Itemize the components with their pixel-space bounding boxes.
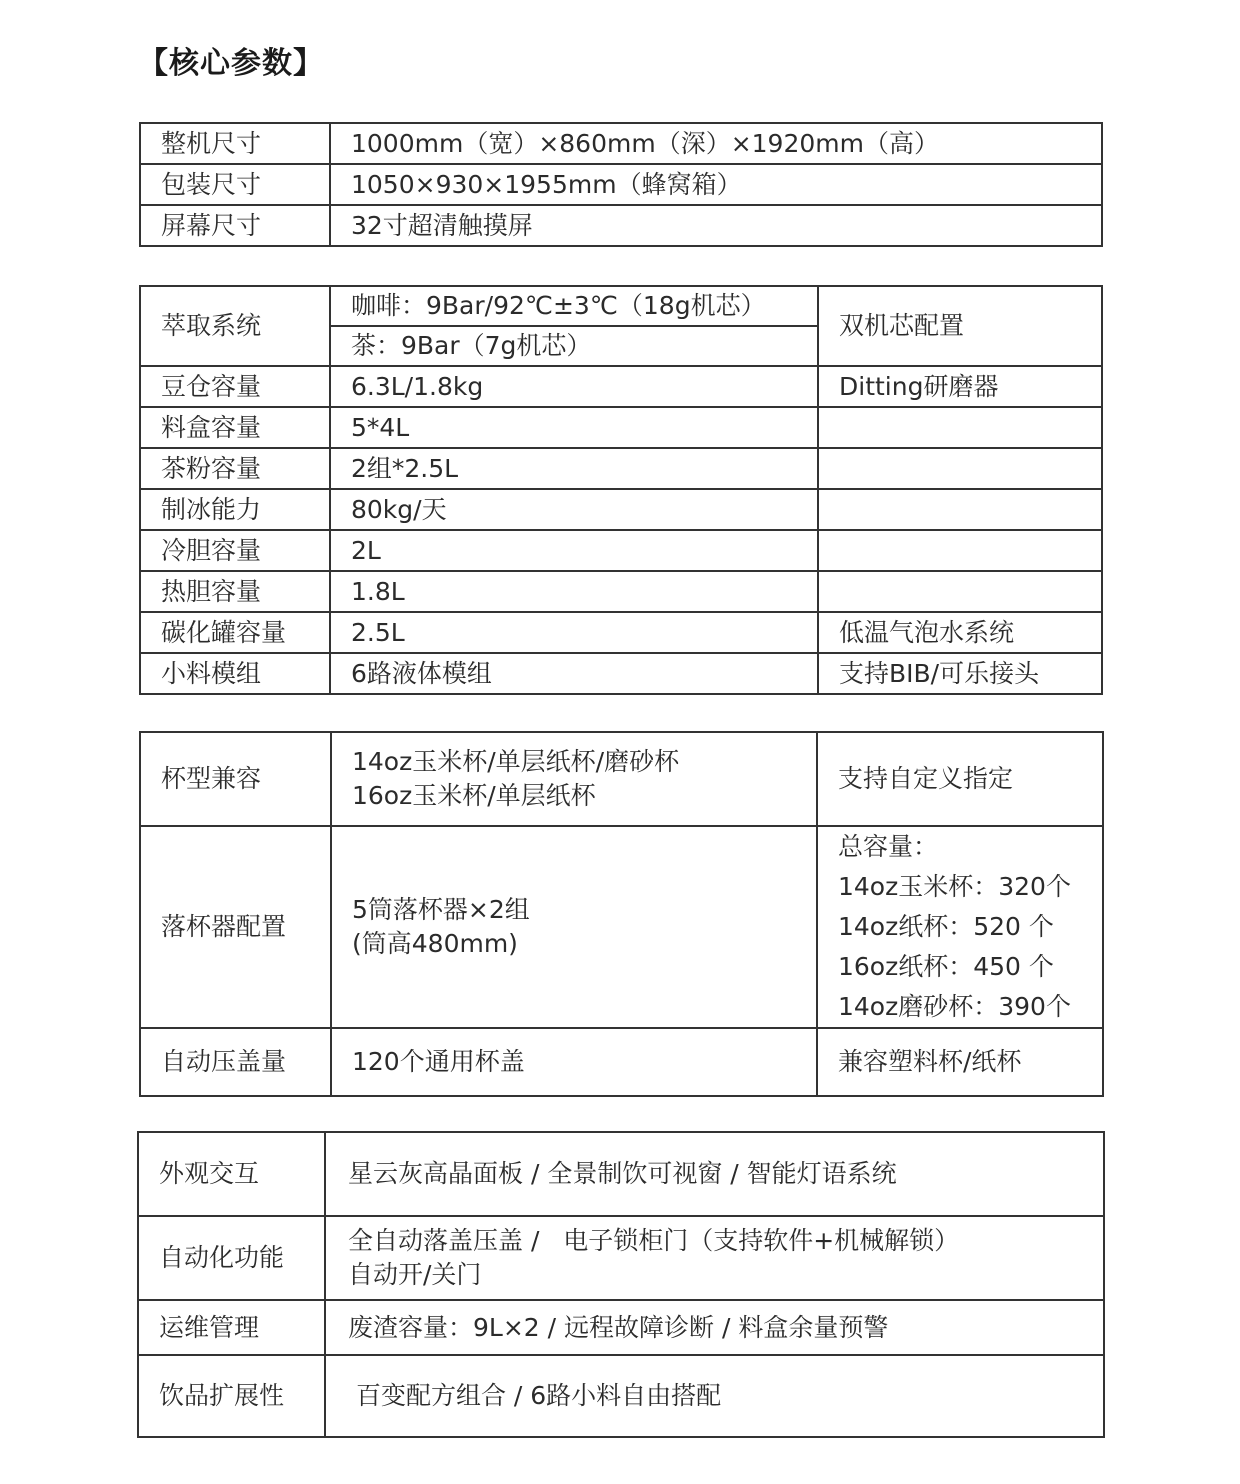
row-value: 2L	[330, 530, 818, 571]
table-row: 制冰能力 80kg/天	[140, 489, 1102, 530]
row-note	[818, 571, 1102, 612]
row-note: 支持自定义指定	[817, 732, 1103, 826]
table-row: 包装尺寸 1050×930×1955mm（蜂窝箱）	[140, 164, 1102, 205]
row-value-tea: 茶：9Bar（7g机芯）	[330, 326, 818, 366]
value-line: 星云灰高晶面板 / 全景制饮可视窗 / 智能灯语系统	[348, 1157, 1103, 1191]
row-label: 茶粉容量	[140, 448, 330, 489]
value-line: 5筒落杯器×2组	[352, 893, 816, 927]
row-value: 2组*2.5L	[330, 448, 818, 489]
row-value: 全自动落盖压盖 / 电子锁柜门（支持软件+机械解锁） 自动开/关门	[325, 1216, 1104, 1300]
row-note: 兼容塑料杯/纸杯	[817, 1028, 1103, 1096]
table-row: 冷胆容量 2L	[140, 530, 1102, 571]
note-line: 总容量：	[838, 827, 1102, 867]
row-label: 热胆容量	[140, 571, 330, 612]
row-label: 豆仓容量	[140, 366, 330, 407]
row-note	[818, 530, 1102, 571]
row-value: 80kg/天	[330, 489, 818, 530]
row-value: 14oz玉米杯/单层纸杯/磨砂杯 16oz玉米杯/单层纸杯	[331, 732, 817, 826]
value-line: 自动开/关门	[348, 1258, 1103, 1292]
note-line: 14oz磨砂杯：390个	[838, 987, 1102, 1027]
table-row: 小料模组 6路液体模组 支持BIB/可乐接头	[140, 653, 1102, 694]
row-value: 2.5L	[330, 612, 818, 653]
row-note: 支持BIB/可乐接头	[818, 653, 1102, 694]
row-value: 星云灰高晶面板 / 全景制饮可视窗 / 智能灯语系统	[325, 1132, 1104, 1216]
table-row: 饮品扩展性 百变配方组合 / 6路小料自由搭配	[138, 1355, 1104, 1437]
note-line: 16oz纸杯：450 个	[838, 947, 1102, 987]
row-note	[818, 448, 1102, 489]
row-value: 1050×930×1955mm（蜂窝箱）	[330, 164, 1102, 205]
row-note	[818, 489, 1102, 530]
row-value: 6路液体模组	[330, 653, 818, 694]
row-label: 碳化罐容量	[140, 612, 330, 653]
table-row: 碳化罐容量 2.5L 低温气泡水系统	[140, 612, 1102, 653]
row-value: 1000mm（宽）×860mm（深）×1920mm（高）	[330, 123, 1102, 164]
row-label: 运维管理	[138, 1300, 325, 1355]
table-row: 自动压盖量 120个通用杯盖 兼容塑料杯/纸杯	[140, 1028, 1103, 1096]
table-row: 屏幕尺寸 32寸超清触摸屏	[140, 205, 1102, 246]
row-label: 整机尺寸	[140, 123, 330, 164]
row-label: 料盒容量	[140, 407, 330, 448]
row-label: 屏幕尺寸	[140, 205, 330, 246]
row-label: 制冰能力	[140, 489, 330, 530]
table-row: 热胆容量 1.8L	[140, 571, 1102, 612]
value-line: 16oz玉米杯/单层纸杯	[352, 779, 816, 813]
page-title: 【核心参数】	[138, 38, 324, 82]
row-label: 饮品扩展性	[138, 1355, 325, 1437]
table-row: 茶粉容量 2组*2.5L	[140, 448, 1102, 489]
value-line: 14oz玉米杯/单层纸杯/磨砂杯	[352, 745, 816, 779]
table-row: 萃取系统 咖啡：9Bar/92℃±3℃（18g机芯） 双机芯配置	[140, 286, 1102, 326]
row-label: 自动压盖量	[140, 1028, 331, 1096]
row-value: 百变配方组合 / 6路小料自由搭配	[325, 1355, 1104, 1437]
note-line: 14oz纸杯：520 个	[838, 907, 1102, 947]
row-value: 120个通用杯盖	[331, 1028, 817, 1096]
table-row: 落杯器配置 5筒落杯器×2组 (筒高480mm) 总容量： 14oz玉米杯：32…	[140, 826, 1103, 1028]
row-label: 自动化功能	[138, 1216, 325, 1300]
table-row: 杯型兼容 14oz玉米杯/单层纸杯/磨砂杯 16oz玉米杯/单层纸杯 支持自定义…	[140, 732, 1103, 826]
capacity-table: 萃取系统 咖啡：9Bar/92℃±3℃（18g机芯） 双机芯配置 茶：9Bar（…	[139, 285, 1103, 695]
table-row: 外观交互 星云灰高晶面板 / 全景制饮可视窗 / 智能灯语系统	[138, 1132, 1104, 1216]
row-label: 萃取系统	[140, 286, 330, 366]
row-label: 包装尺寸	[140, 164, 330, 205]
row-value: 废渣容量：9L×2 / 远程故障诊断 / 料盒余量预警	[325, 1300, 1104, 1355]
row-value: 32寸超清触摸屏	[330, 205, 1102, 246]
value-line: 百变配方组合 / 6路小料自由搭配	[348, 1379, 1103, 1413]
row-value: 1.8L	[330, 571, 818, 612]
table-row: 整机尺寸 1000mm（宽）×860mm（深）×1920mm（高）	[140, 123, 1102, 164]
value-line: 废渣容量：9L×2 / 远程故障诊断 / 料盒余量预警	[348, 1311, 1103, 1345]
table-row: 料盒容量 5*4L	[140, 407, 1102, 448]
value-line: (筒高480mm)	[352, 927, 816, 961]
value-line: 全自动落盖压盖 / 电子锁柜门（支持软件+机械解锁）	[348, 1224, 1103, 1258]
row-label: 冷胆容量	[140, 530, 330, 571]
note-line: 14oz玉米杯：320个	[838, 867, 1102, 907]
table-row: 运维管理 废渣容量：9L×2 / 远程故障诊断 / 料盒余量预警	[138, 1300, 1104, 1355]
row-label: 小料模组	[140, 653, 330, 694]
row-label: 外观交互	[138, 1132, 325, 1216]
table-row: 豆仓容量 6.3L/1.8kg Ditting研磨器	[140, 366, 1102, 407]
row-note: 低温气泡水系统	[818, 612, 1102, 653]
row-label: 杯型兼容	[140, 732, 331, 826]
table-row: 自动化功能 全自动落盖压盖 / 电子锁柜门（支持软件+机械解锁） 自动开/关门	[138, 1216, 1104, 1300]
row-value: 5*4L	[330, 407, 818, 448]
row-value: 5筒落杯器×2组 (筒高480mm)	[331, 826, 817, 1028]
row-note: Ditting研磨器	[818, 366, 1102, 407]
row-note: 总容量： 14oz玉米杯：320个 14oz纸杯：520 个 16oz纸杯：45…	[817, 826, 1103, 1028]
row-note: 双机芯配置	[818, 286, 1102, 366]
dimensions-table: 整机尺寸 1000mm（宽）×860mm（深）×1920mm（高） 包装尺寸 1…	[139, 122, 1103, 247]
row-value: 6.3L/1.8kg	[330, 366, 818, 407]
features-table: 外观交互 星云灰高晶面板 / 全景制饮可视窗 / 智能灯语系统 自动化功能 全自…	[137, 1131, 1105, 1438]
row-label: 落杯器配置	[140, 826, 331, 1028]
cup-table: 杯型兼容 14oz玉米杯/单层纸杯/磨砂杯 16oz玉米杯/单层纸杯 支持自定义…	[139, 731, 1104, 1097]
row-note	[818, 407, 1102, 448]
row-value-coffee: 咖啡：9Bar/92℃±3℃（18g机芯）	[330, 286, 818, 326]
